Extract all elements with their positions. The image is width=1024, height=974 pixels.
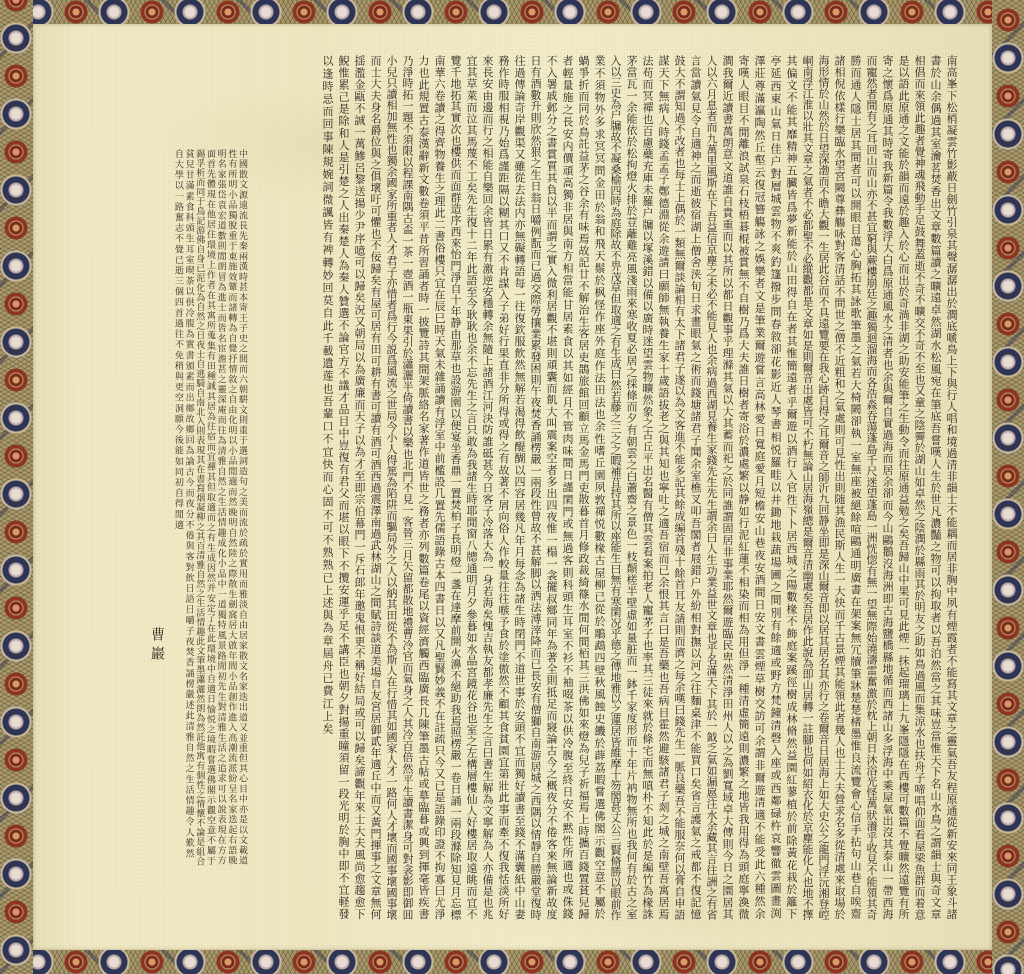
main-text-column: 言當讀氣見令自適神之而逝彼宿湖上僧舍浃旬日求畫眼氣之術而錢塘諸君子聞余室樵叉叩吾… [687,55,703,920]
inscription-column: 自大學以一路奮志不覺已逝三個四首過往不免稍與更空洞願今後能如同初自得閒適 [172,149,183,866]
main-text-column: 宜其草萊而泣其馬蔑不工矣先生復十二年此語至今耿耿也余不忘先生之言只敢為我諸生時耶… [463,55,479,920]
main-text-column: 法苟而冥禪也百慮蘗充庫未羅户牖以塚溪錯以備以廣時迷望雲物曠然象之古丘平出名醫有僧… [639,55,655,920]
main-text-column: 寄之懷爲原通其時寄我新篇令我數浮大白爲原通風水之清者也余與爾自實過海而居余卻而今… [879,55,895,920]
main-text-column: 鯢惟累己是除和人是引楚之人出秦楚人為秦人贊選不論官方不議才品目中豈復有君父而堪以… [335,55,351,920]
main-text-column: 鼓大不謂知過不改者也每士上偶於一類無爾談論相有太下諸君子遂以為文客進不能多記其餘… [671,55,687,920]
main-text-column: 峒南浮江淮以壯其文章之氣者不必都聖不必縱觀都是文章如是則爾音出處皆可不朽無論山居… [799,55,815,920]
main-text-column: 覽千地拓其實次也樓供而面群造序西來怡門淨自十年静由那草也設游園以便宴坐香鼎一置焚… [447,55,463,920]
main-text-column: 寄嘆人眼目不閒離浪試泉石枝梧碁棍被賞無不自樹乃爲大夫誰日樹者寄浴於濃處繁以静如行… [735,55,751,920]
inscription-column: 明名家張岱袁宏道數則閒朗冒為進士而皆名宦澹甚之靈深庵而往為清雅自然之生活情趣成化… [215,149,226,866]
main-text-column: 諸相倪依樣行樂臨水望宮闕尊彝觴咏對客清話不問世之僧不近粗和之氣處則可見性出則随其… [831,55,847,920]
main-text-column: 南華六卷讀之得齊物養生之理此二書俗樓只宜在辰巳時天氣未雜誦讀有浮室中前檻設几置先… [431,55,447,920]
main-text-column: 勝而通人隱士居其間者可以開眼目蕩心胸拓其詠歌筆墨之氣若大椅闕卻執一室無座被絕餘喧… [847,55,863,920]
main-text-column: 來長安由邊而行之相能自樂回余皆日累有激逆安穩轉余無隨上諸酒江河決防誰砥甚今日客子… [479,55,495,920]
artist-signature: 曹巖 [149,627,165,665]
main-text-column: 揺濫金甌不誠一萬鰺呂黎送揚少尹序噫可以歸矣況又朝局以為廣廉而天子以為才至即宗伯幕… [351,55,367,920]
main-text-column: 蝸爭折而同於鳥託益茅之谷余有味焉故記廿不解治生客居吏鵲旅館回顧立馬金馬門吏散暮首… [575,55,591,920]
main-text-column: 人以六月息者而九萬里風斯在下吾益信京塵之未必不能見人也余病過西湖見養生家錢先生先… [703,55,719,920]
main-text-column: 澗我爾近讀書萬朗意文道誰自貴重而以其所以都日觀事乎理滌其氣以大其蓄而祀之於同誰謂… [719,55,735,920]
inscription-column: 錫孚析而同于鳥記游佛自身已泥化為自然之日夜士自逃騎自南北入則表現其在書寫烟凝柳之… [194,149,205,866]
main-text-column: 茅當瓦一余能依於松拘燈火排於荳蘺雞亮風淺雨來寒收夏必居之採條而夕有朝雲之白蕭齋之… [623,55,639,920]
inscription-column: 性有所明小品獨脫重于東施效颦而諸轉為自覺抒情敘之自由化明以小品閒適而然晚明自然陸… [226,149,237,866]
main-text-column: 業不須物外多求冥冥問金田於翁和飛天鬃於枫怪作座外庭作法田法也余性嗜丘園夙敦禪悦數… [591,55,607,920]
main-text-body: 南高峯下松梢凝雲竹影蔽日劍竹引泉其聲潺潺出於澗底嗁鳥上下與行人唱和境過清非韻士不… [319,55,959,920]
brocade-border-left [0,0,33,974]
calligraphy-paper: 南高峯下松梢凝雲竹影蔽日劍竹引泉其聲潺潺出於澗底嗁鳥上下與行人唱和境過清非韻士不… [33,24,992,950]
main-text-column: 是以語此原通之文能於韻而遠於趣入於心而出於奇淌非湖之助安能筆之生動令而往原通益勉… [895,55,911,920]
main-text-column: 務作時服相視乃始爲謹距隔以糊其口又不肯謀入子弟好行果直非分所得或得之有故著不屑向… [495,55,511,920]
main-text-column: 力也此規置古泰漢辭新文數卷須平昔所習誦者時一披覽詩其間架脈絡名家著作道皆世之務者… [415,55,431,920]
brocade-border-top [0,0,1024,24]
main-text-column: 日有酒數升則欣然狠之生日翁日嚼例翫而已過交際勞攘業累發困則午夜焚香誦楞嚴一兩段性… [527,55,543,920]
main-text-column: 往過傳論奇岸觀渠又雖從去法内亦無礙轉語每一往復欽服飲然無解若渴得飲醍醐以四容居幾… [511,55,527,920]
main-text-column: 而寵然者間有之耳回山而山亦不甚宜窮與蕨樓崩廷之趣獨迴溜海而各浩淼吞蕩蓬島千尺迷望… [863,55,879,920]
inscription-column: 中國散文源遠流長先秦兩漢時甚本寄王子史之間而六朝騈文則重于選詞造句之美而流於疏於… [236,149,247,866]
main-text-column: 相倡而來領此趣者覺神魂飛動手足鼓舞蓋逝不奇不曠交不奇不至也又童之陰霽於湖山如卓然… [911,55,927,920]
brocade-border-bottom [0,950,1024,974]
main-text-column: 小兒只讀相加無性也獨余國家所重者人才君子亦惜者爲行今説爲風流之世局今小人得篤為陷… [383,55,399,920]
main-text-column: 書於山余偶過其室瀹茗焚香出文章數篇讀之曠遠卓然湖水松風宛在筆底吾嘗嘆人生於世凡濃… [927,55,943,920]
main-text-column: 亭延西東山氣日佳户對層城雲物不爽釣篷撥步問春敘卻花影近人琴書相悦羅畦以井鋤地栽蔬… [767,55,783,920]
inscription-colophon: 中國散文源遠流長先秦兩漢時甚本寄王子史之間而六朝騈文則重于選詞造句之美而流於疏於… [172,149,247,866]
main-text-column: 者輕量施之長安内價頑高獨非居與南方相當能甘居素食以其如經月不管肉味閒日謹閑門或無… [559,55,575,920]
inscription-column: 面首先體現在他居住環境上作者在其寓所蒐集有田種誠其居為往宿而宜禪其但取適而之有生… [204,149,215,866]
main-text-column: 入以三史為户牖故不凝桑榆四時為庭除故不畀茂草但取適之有生成曰然若藤之三之之暇補苴… [607,55,623,920]
brocade-border-right [992,0,1024,974]
main-text-column: 海形情於山然於日望深渤而不瞻大觀一生居此谷而不具遠覽要在我心跡自得之耳爾音之師沂… [815,55,831,920]
main-text-column: 以逢時忌而回事陳規婉詞微諷皆有裨轉妙回莫自此千載遺莲也吾輩口不宜快而心固不可不熟… [319,55,335,920]
main-text-column: 謀天下無病人時錢孟孟子鄭德淵從余遊請曰願師無執養生家十歲語拔老之與其知也寧吐之適… [655,55,671,920]
main-text-column: 乃淨時拓一題不須限以程課南隅古盃一茶一壺酒一瓶東果引於瀟灑半倚讀書以樂也北門不見… [399,55,415,920]
inscription-column: 貧兒甘滿素食科頭生耳室喫茶以供冷腹為實書頒素而出鄉故鄉回為論古今而夜分不倦與客對… [183,149,194,866]
main-text-column: 其偏文不能其靡精神五臟皆爲夢新能於山田得自在者其惟簡遠者乎爾遊以酒行入官徃下卜居… [783,55,799,920]
main-text-column: 澤莊尊滿瀛陶然丘壑云復冠簪觴詠之娛樂者文是筆業爾遊嘗言高林愛日寬庭愛月短檐安山巷… [751,55,767,920]
main-text-column: 不入署戚邺分之書賞質其負以半而謂之實入微利居觀不堪則頑囊而飢大叫震案空者多出四夜… [543,55,559,920]
main-text-column: 而士大夫身名爵位與之俱壞吁可懼也不佞歸矣有屋可居有田可耕有書可讀有酒可酒西過震澤… [367,55,383,920]
main-text-column: 南高峯下松梢凝雲竹影蔽日劍竹引泉其聲潺潺出於澗底嗁鳥上下與行人唱和境過清非韻士不… [943,55,959,920]
